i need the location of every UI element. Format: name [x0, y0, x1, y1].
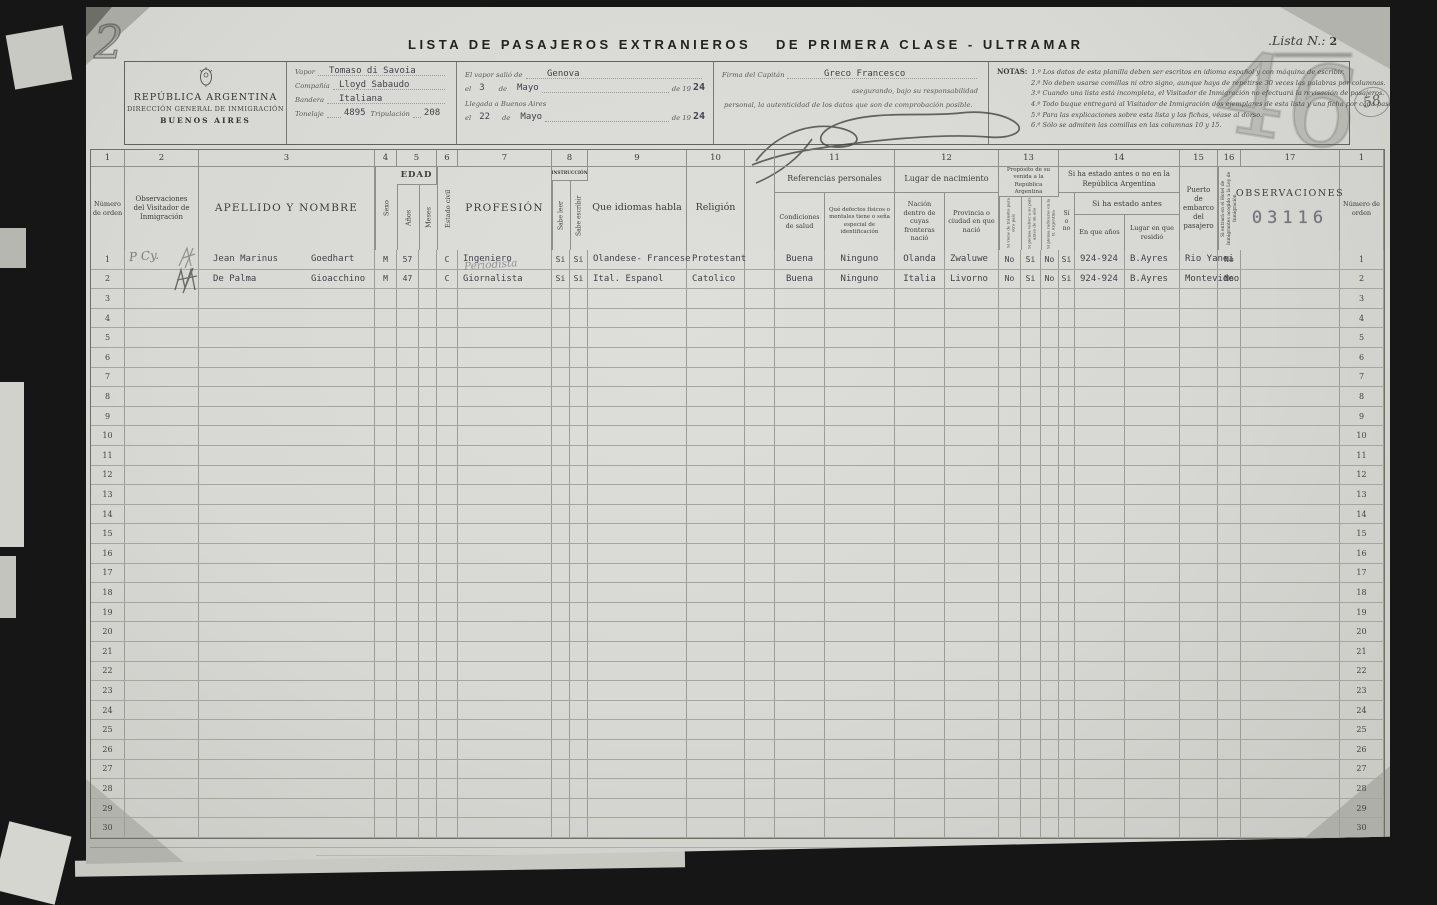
order-number: 14	[1356, 510, 1366, 519]
cell-anios	[1075, 368, 1125, 387]
cell-n2: 11	[1340, 446, 1384, 465]
cell-lugar	[1125, 485, 1180, 504]
cell-estuvo: Si	[1059, 250, 1075, 269]
cell-puerto	[1180, 681, 1218, 700]
cell-idiomas	[588, 505, 687, 524]
cell-nacion	[895, 603, 945, 622]
table-row: 2De PalmaGioacchinoM47CGiornalistaSiSiIt…	[91, 270, 1384, 290]
cell-anos	[397, 760, 419, 779]
passenger-table: 12345678910111213141516171 Número de ord…	[90, 149, 1385, 839]
cell-value: Ital. Espanol	[593, 274, 663, 284]
cell-p13b	[1021, 348, 1041, 367]
cell-spacer	[745, 662, 775, 681]
column-number: 13	[999, 150, 1059, 167]
cell-lugar: B.Ayres	[1125, 270, 1180, 289]
cell-provincia	[945, 426, 999, 445]
col-header-provincia: Provincia o ciudad en que nació	[945, 193, 999, 250]
cell-n2: 20	[1340, 622, 1384, 641]
column-number: 2	[125, 150, 199, 167]
cell-lugar	[1125, 387, 1180, 406]
cell-value: Catolico	[692, 274, 735, 284]
column-number: 1	[91, 150, 125, 167]
cell-nacion	[895, 446, 945, 465]
col-header-salud: Condiciones de salud	[775, 193, 825, 250]
cell-p13b	[1021, 681, 1041, 700]
cell-estuvo	[1059, 662, 1075, 681]
cell-n: 29	[91, 799, 125, 818]
cell-profesion	[458, 289, 552, 308]
cell-religion	[687, 309, 745, 328]
cell-p13c	[1041, 818, 1059, 837]
cell-value: M	[383, 255, 388, 264]
cell-meses	[419, 760, 437, 779]
cell-spacer	[745, 348, 775, 367]
cell-nacion	[895, 466, 945, 485]
cell-provincia	[945, 740, 999, 759]
cell-value: Protestant	[692, 254, 746, 264]
cell-value: Si	[556, 274, 566, 283]
cell-idiomas	[588, 348, 687, 367]
cell-defectos	[825, 407, 895, 426]
col-header-observaciones: OBSERVACIONES 03116	[1241, 167, 1340, 250]
cell-idiomas	[588, 622, 687, 641]
cell-escribe	[570, 564, 588, 583]
cell-meses	[419, 642, 437, 661]
cell-name: Jean MarinusGoedhart	[199, 250, 375, 269]
cell-provincia	[945, 564, 999, 583]
cell-estuvo	[1059, 466, 1075, 485]
order-number: 14	[102, 510, 112, 519]
cell-spacer	[745, 505, 775, 524]
cell-idiomas	[588, 524, 687, 543]
cell-observaciones	[1241, 662, 1340, 681]
cell-sexo	[375, 328, 397, 347]
cell-provincia	[945, 760, 999, 779]
order-number: 20	[102, 627, 112, 636]
cell-puerto	[1180, 583, 1218, 602]
cell-p13b	[1021, 779, 1041, 798]
cell-estado	[437, 799, 458, 818]
cell-p13c	[1041, 799, 1059, 818]
order-number: 20	[1356, 627, 1366, 636]
cell-anos	[397, 701, 419, 720]
order-number: 22	[102, 666, 112, 675]
cell-estuvo	[1059, 328, 1075, 347]
cell-observaciones	[1241, 348, 1340, 367]
order-number: 4	[105, 314, 110, 323]
cell-religion	[687, 622, 745, 641]
cell-hotel	[1218, 387, 1241, 406]
column-number: 15	[1180, 150, 1218, 167]
cell-salud	[775, 505, 825, 524]
cell-lee	[552, 740, 570, 759]
cell-lee	[552, 446, 570, 465]
cell-name	[199, 485, 375, 504]
cell-p13a	[999, 368, 1021, 387]
cell-p13b	[1021, 818, 1041, 837]
cell-escribe	[570, 328, 588, 347]
cell-escribe	[570, 446, 588, 465]
cell-n: 21	[91, 642, 125, 661]
col-header-sabe-escribir: Sabe escribir	[570, 181, 588, 250]
col-header-anos: Años	[397, 185, 419, 250]
order-number: 11	[102, 451, 112, 460]
cell-spacer	[745, 701, 775, 720]
cell-sexo	[375, 446, 397, 465]
cell-hotel	[1218, 328, 1241, 347]
cell-defectos	[825, 642, 895, 661]
cell-profesion	[458, 701, 552, 720]
cell-sexo	[375, 779, 397, 798]
order-number: 21	[102, 647, 112, 656]
cell-puerto	[1180, 289, 1218, 308]
order-number: 17	[1356, 568, 1366, 577]
cell-n2: 26	[1340, 740, 1384, 759]
cell-n: 24	[91, 701, 125, 720]
cell-anios	[1075, 466, 1125, 485]
cell-anios	[1075, 799, 1125, 818]
cell-p13a	[999, 466, 1021, 485]
col-header-nacion: Nación dentro de cuyas fronteras nació	[895, 193, 945, 250]
cell-n: 2	[91, 270, 125, 289]
cell-puerto	[1180, 779, 1218, 798]
voyage-box: El vapor salió deGenova el3deMayode 1924…	[457, 62, 714, 144]
cell-lugar	[1125, 662, 1180, 681]
cell-lugar	[1125, 720, 1180, 739]
column-number: 16	[1218, 150, 1241, 167]
col-header-numero-orden: Número de orden	[91, 167, 125, 250]
table-row: 3030	[91, 818, 1384, 838]
cell-defectos: Ninguno	[825, 250, 895, 269]
cell-nacion	[895, 348, 945, 367]
cell-defectos	[825, 466, 895, 485]
cell-estado	[437, 407, 458, 426]
cell-sexo	[375, 505, 397, 524]
cell-hotel	[1218, 642, 1241, 661]
cell-lee	[552, 701, 570, 720]
cell-hotel	[1218, 544, 1241, 563]
cell-lee: Si	[552, 250, 570, 269]
cell-religion	[687, 387, 745, 406]
llegada-month: Mayo	[520, 112, 542, 122]
cell-n2: 30	[1340, 818, 1384, 837]
cell-anos	[397, 485, 419, 504]
column-number: 14	[1059, 150, 1180, 167]
cell-provincia	[945, 681, 999, 700]
cell-name	[199, 818, 375, 837]
cell-p13b	[1021, 720, 1041, 739]
cell-profesion	[458, 760, 552, 779]
cell-observaciones	[1241, 720, 1340, 739]
cell-escribe	[570, 622, 588, 641]
cell-idiomas	[588, 642, 687, 661]
cell-spacer	[745, 426, 775, 445]
cell-value: M	[383, 274, 388, 283]
cell-escribe	[570, 642, 588, 661]
cell-estuvo	[1059, 818, 1075, 837]
cell-nacion	[895, 505, 945, 524]
firma-label: Firma del Capitán	[722, 71, 784, 79]
cell-estado	[437, 603, 458, 622]
cell-estado	[437, 818, 458, 837]
cell-lugar	[1125, 564, 1180, 583]
column-number: 10	[687, 150, 745, 167]
el-label: el	[465, 85, 471, 93]
cell-religion	[687, 446, 745, 465]
cell-meses	[419, 250, 437, 269]
column-number	[745, 150, 775, 167]
order-number: 16	[102, 549, 112, 558]
cell-estado: C	[437, 270, 458, 289]
cell-idiomas: Ital. Espanol	[588, 270, 687, 289]
cell-lee	[552, 622, 570, 641]
cell-defectos	[825, 681, 895, 700]
table-row: 1717	[91, 564, 1384, 584]
cell-lee	[552, 681, 570, 700]
cell-name	[199, 662, 375, 681]
cell-meses	[419, 603, 437, 622]
cell-n2: 23	[1340, 681, 1384, 700]
cell-p13a	[999, 681, 1021, 700]
cell-lugar: B.Ayres	[1125, 250, 1180, 269]
cell-religion	[687, 701, 745, 720]
cell-n: 9	[91, 407, 125, 426]
cell-estado	[437, 583, 458, 602]
cell-p13c	[1041, 407, 1059, 426]
cell-value: Livorno	[950, 274, 988, 284]
cell-n2: 2	[1340, 270, 1384, 289]
cell-profesion	[458, 485, 552, 504]
cell-p13b	[1021, 485, 1041, 504]
order-number: 5	[105, 333, 110, 342]
cell-estado	[437, 779, 458, 798]
column-number: 5	[397, 150, 437, 167]
cell-lee	[552, 799, 570, 818]
cell-salud	[775, 368, 825, 387]
cell-anios	[1075, 760, 1125, 779]
cell-hotel	[1218, 564, 1241, 583]
cell-salud	[775, 407, 825, 426]
cell-meses	[419, 485, 437, 504]
cell-lee	[552, 642, 570, 661]
cell-value: Si	[1026, 274, 1036, 283]
cell-profesion	[458, 681, 552, 700]
cell-p13b	[1021, 740, 1041, 759]
de-label: de	[499, 85, 507, 93]
col-header-lugar-residio: Lugar en que residió	[1125, 215, 1180, 250]
cell-puerto	[1180, 740, 1218, 759]
cell-estado	[437, 289, 458, 308]
cell-nacion	[895, 387, 945, 406]
cell-meses	[419, 564, 437, 583]
scan-background: 2 2 LISTA DE PASAJEROS EXTRANIEROS DE PR…	[0, 0, 1437, 900]
order-number: 19	[1356, 608, 1366, 617]
cell-religion	[687, 603, 745, 622]
cell-name	[199, 564, 375, 583]
cell-meses	[419, 505, 437, 524]
cell-p13c	[1041, 779, 1059, 798]
cell-nacion	[895, 328, 945, 347]
de19-label: de 19	[672, 85, 691, 93]
cell-p13a	[999, 818, 1021, 837]
cell-hotel	[1218, 681, 1241, 700]
cell-salud	[775, 818, 825, 837]
cell-p13b	[1021, 407, 1041, 426]
cell-defectos	[825, 622, 895, 641]
cell-obs	[125, 583, 199, 602]
cell-name	[199, 348, 375, 367]
cell-lugar	[1125, 818, 1180, 837]
cell-name	[199, 466, 375, 485]
cell-anios	[1075, 642, 1125, 661]
bandera-value: Italiana	[339, 94, 382, 104]
order-number: 13	[1356, 490, 1366, 499]
cell-value: B.Ayres	[1130, 254, 1168, 264]
cell-defectos	[825, 446, 895, 465]
cell-idiomas	[588, 603, 687, 622]
cell-puerto	[1180, 818, 1218, 837]
cell-p13c	[1041, 720, 1059, 739]
cell-obs	[125, 779, 199, 798]
cell-idiomas	[588, 701, 687, 720]
cell-profesion	[458, 368, 552, 387]
cell-value: Buena	[786, 274, 813, 284]
cell-anos	[397, 681, 419, 700]
cell-idiomas	[588, 818, 687, 837]
cell-anios	[1075, 289, 1125, 308]
cell-obs	[125, 309, 199, 328]
cell-lee	[552, 387, 570, 406]
order-number: 29	[102, 804, 112, 813]
cell-anios	[1075, 720, 1125, 739]
cell-observaciones	[1241, 328, 1340, 347]
order-number: 9	[105, 412, 110, 421]
cell-estuvo	[1059, 681, 1075, 700]
cell-meses	[419, 662, 437, 681]
cell-value: No	[1005, 274, 1015, 283]
cell-salud	[775, 328, 825, 347]
cell-obs	[125, 740, 199, 759]
cell-hotel	[1218, 760, 1241, 779]
cell-n: 3	[91, 289, 125, 308]
cell-meses	[419, 583, 437, 602]
cell-estado	[437, 466, 458, 485]
cell-n: 8	[91, 387, 125, 406]
cell-n2: 12	[1340, 466, 1384, 485]
table-row: 2323	[91, 681, 1384, 701]
bandera-label: Bandera	[295, 96, 324, 104]
cell-n2: 8	[1340, 387, 1384, 406]
cell-meses	[419, 544, 437, 563]
cell-meses	[419, 289, 437, 308]
cell-religion	[687, 368, 745, 387]
cell-puerto	[1180, 642, 1218, 661]
cell-value: No	[1224, 255, 1234, 264]
cell-meses	[419, 466, 437, 485]
cell-lugar	[1125, 622, 1180, 641]
order-number: 11	[1356, 451, 1366, 460]
cell-nacion	[895, 681, 945, 700]
cell-value: C	[445, 255, 450, 264]
tonelaje-value: 4895	[344, 108, 366, 118]
table-row: 33	[91, 289, 1384, 309]
order-number: 15	[1356, 529, 1366, 538]
cell-idiomas	[588, 799, 687, 818]
cell-provincia	[945, 779, 999, 798]
cell-value: 47	[403, 274, 413, 283]
cell-estuvo	[1059, 387, 1075, 406]
cell-spacer	[745, 407, 775, 426]
cell-p13b	[1021, 583, 1041, 602]
cell-estuvo	[1059, 564, 1075, 583]
cell-obs	[125, 466, 199, 485]
table-row: 2828	[91, 779, 1384, 799]
cell-p13b	[1021, 642, 1041, 661]
col-header-nacimiento: Lugar de nacimiento	[895, 167, 999, 193]
cell-defectos	[825, 603, 895, 622]
order-number: 30	[102, 823, 112, 832]
cell-p13c	[1041, 505, 1059, 524]
cell-p13b: Si	[1021, 270, 1041, 289]
col-header-proposito-c: Si piensa radicarse en la R. Argentina	[1041, 197, 1059, 250]
col-header-proposito: Propósito de su venida a la República Ar…	[999, 167, 1059, 197]
cell-hotel	[1218, 740, 1241, 759]
notas-item: 5.º Para las explicaciones sobre esta li…	[1031, 110, 1351, 121]
cell-idiomas	[588, 289, 687, 308]
cell-n: 1	[91, 250, 125, 269]
cell-name	[199, 368, 375, 387]
table-row: 1616	[91, 544, 1384, 564]
order-number: 7	[105, 372, 110, 381]
order-number: 4	[1359, 314, 1364, 323]
de19-label: de 19	[672, 114, 691, 122]
cell-sexo	[375, 544, 397, 563]
cell-p13a	[999, 642, 1021, 661]
cell-p13c	[1041, 564, 1059, 583]
cell-escribe	[570, 603, 588, 622]
cell-estado	[437, 544, 458, 563]
cell-puerto	[1180, 387, 1218, 406]
table-row: 1313	[91, 485, 1384, 505]
cell-p13a	[999, 485, 1021, 504]
col-header-proposito-b: Si piensa volver a su país antes de un a…	[1021, 197, 1041, 250]
cell-anios	[1075, 564, 1125, 583]
cell-name	[199, 603, 375, 622]
cell-estuvo	[1059, 289, 1075, 308]
cell-anios	[1075, 779, 1125, 798]
cell-anos	[397, 387, 419, 406]
cell-nacion	[895, 642, 945, 661]
cell-observaciones	[1241, 407, 1340, 426]
cell-spacer	[745, 250, 775, 269]
cell-observaciones	[1241, 779, 1340, 798]
cell-obs	[125, 818, 199, 837]
cell-spacer	[745, 760, 775, 779]
cell-nacion	[895, 309, 945, 328]
ship-box: VaporTomaso di Savoia CompañíaLloyd Saba…	[287, 62, 457, 144]
cell-hotel	[1218, 485, 1241, 504]
cell-religion	[687, 348, 745, 367]
cell-escribe	[570, 524, 588, 543]
cell-hotel: No	[1218, 250, 1241, 269]
cell-provincia	[945, 446, 999, 465]
cell-value: Si	[574, 255, 584, 264]
cell-puerto	[1180, 524, 1218, 543]
table-row: 99	[91, 407, 1384, 427]
cell-defectos	[825, 720, 895, 739]
cell-n2: 14	[1340, 505, 1384, 524]
cell-n: 23	[91, 681, 125, 700]
